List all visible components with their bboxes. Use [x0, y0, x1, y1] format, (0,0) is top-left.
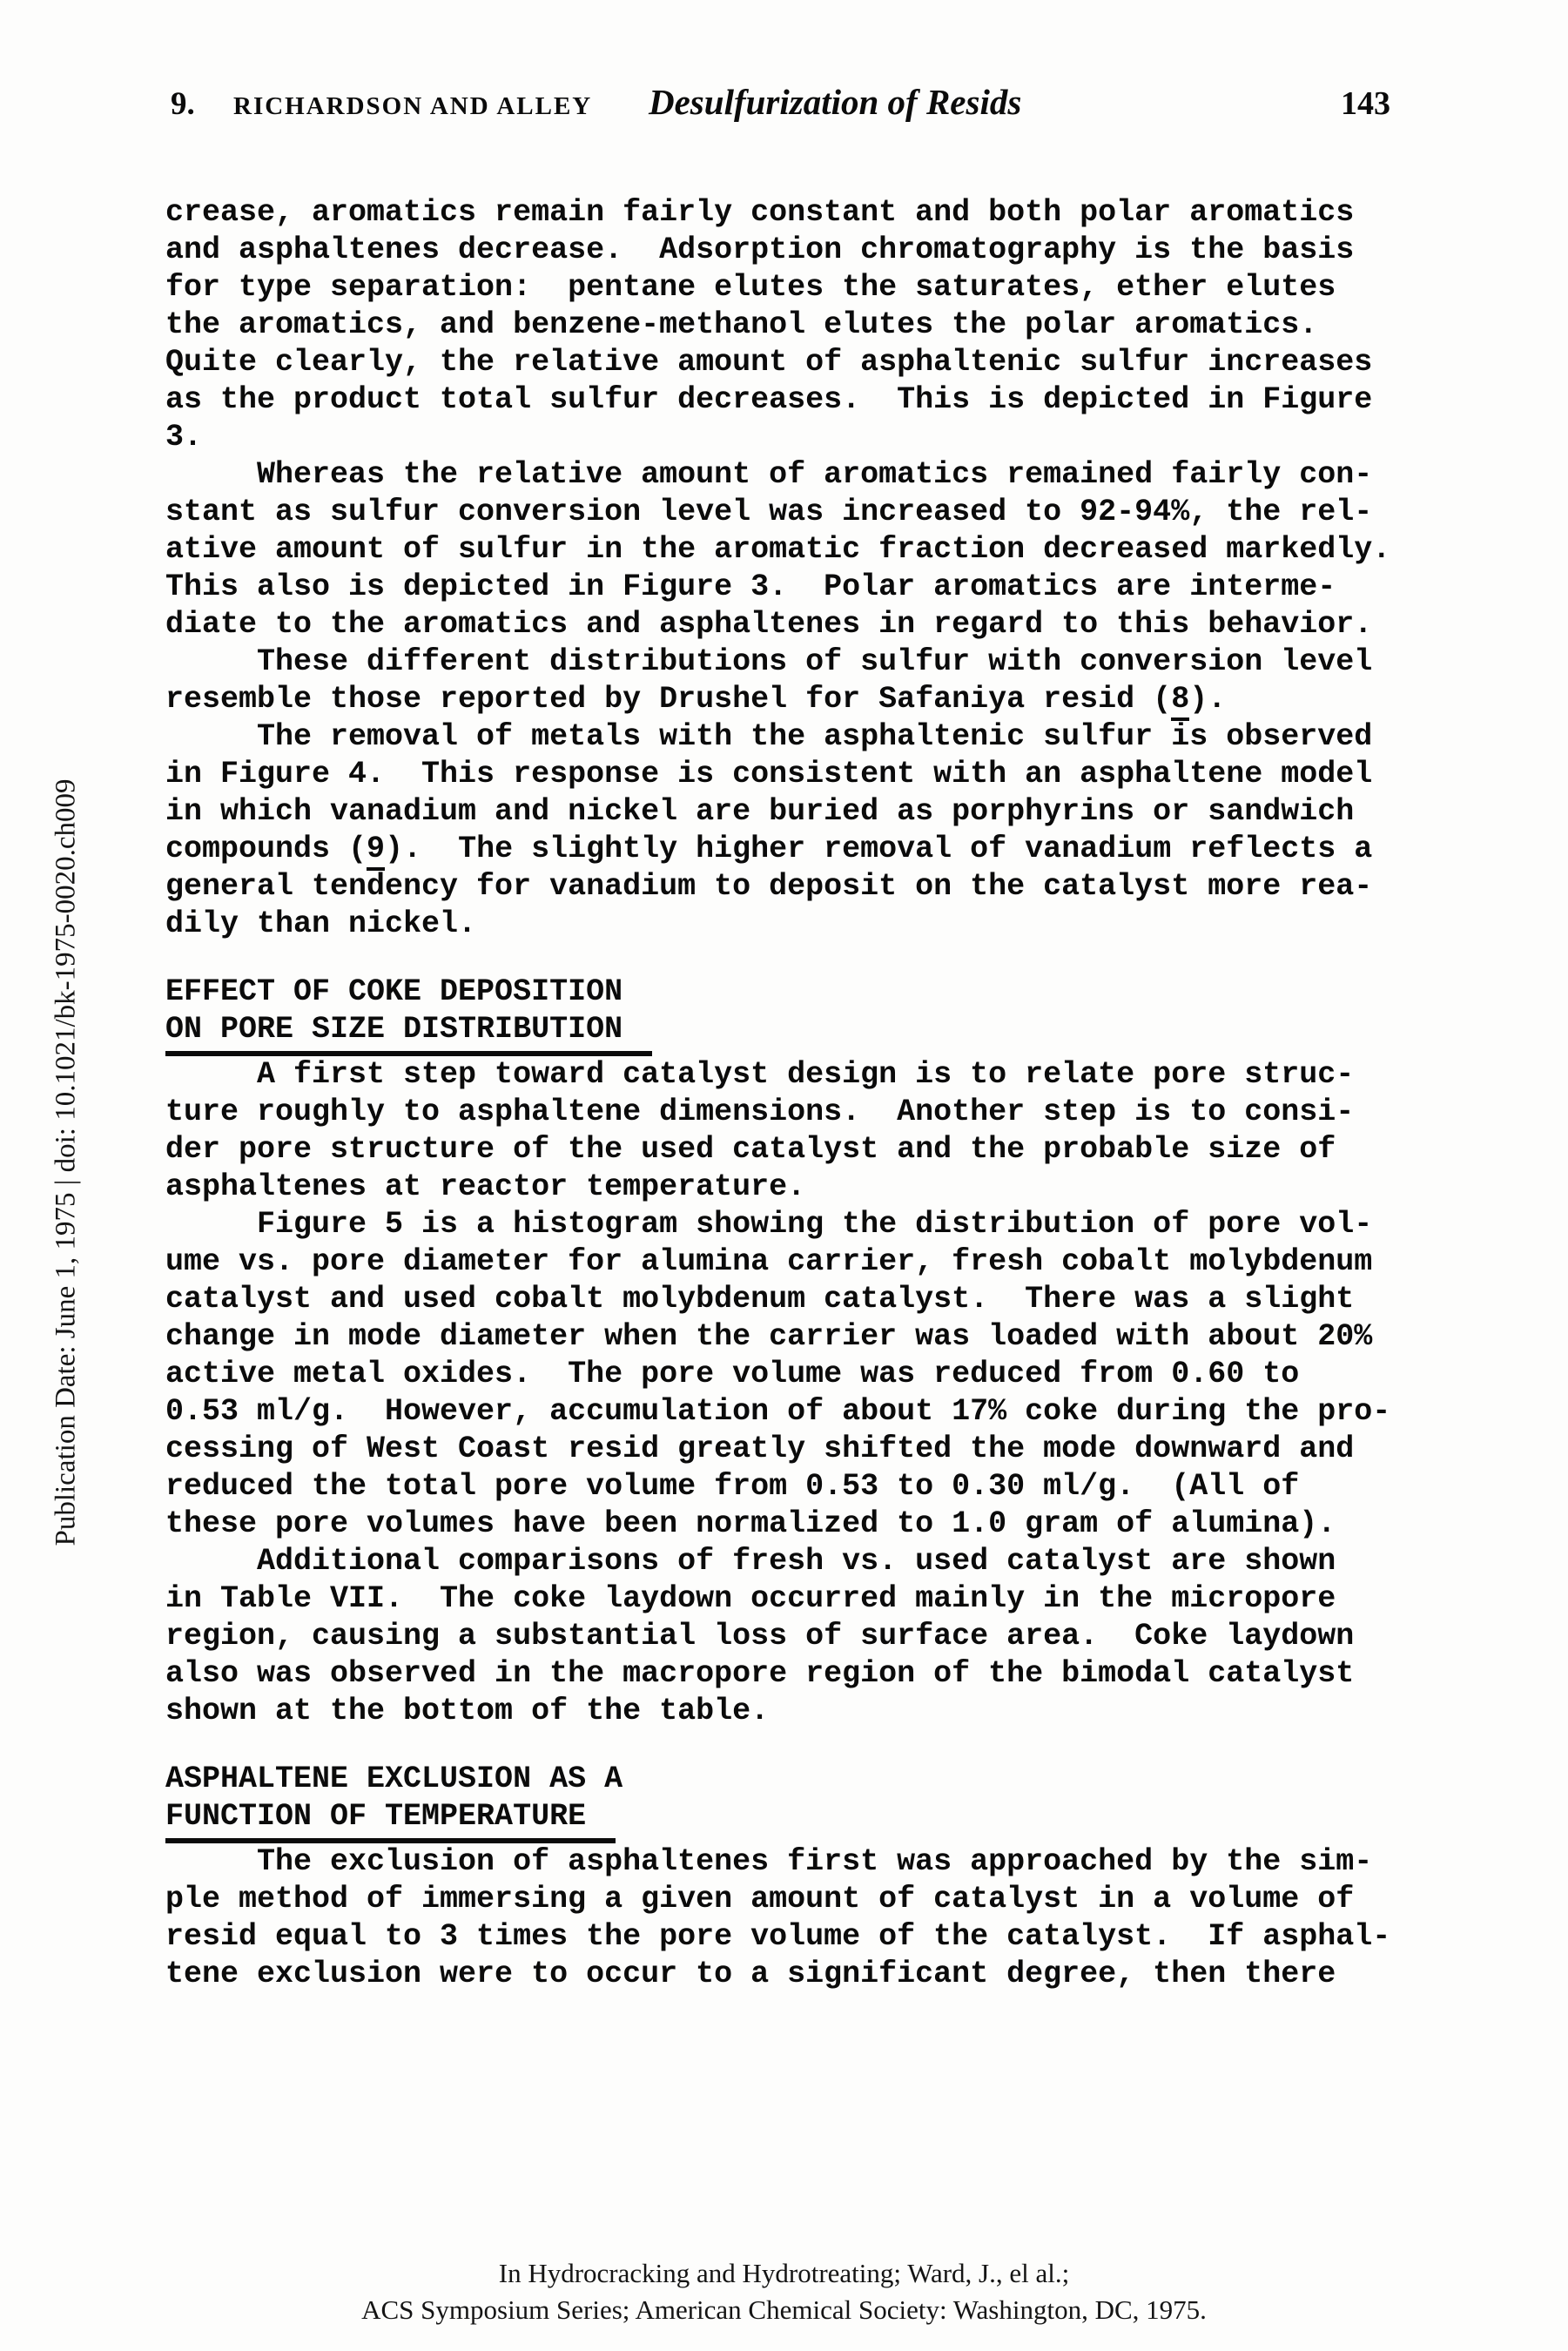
paragraph-5: A first step toward catalyst design is t… [165, 1056, 1524, 1206]
paragraph-8: The exclusion of asphaltenes first was a… [165, 1843, 1524, 1993]
reference-8: 8 [1171, 682, 1189, 721]
paragraph-4: The removal of metals with the asphalten… [165, 718, 1524, 943]
footer-citation-line-2: ACS Symposium Series; American Chemical … [0, 2292, 1568, 2328]
chapter-number: 9. [171, 85, 195, 123]
footer-citation-line-1: In Hydrocracking and Hydrotreating; Ward… [0, 2255, 1568, 2292]
paragraph-1: crease, aromatics remain fairly constant… [165, 194, 1524, 456]
running-head-title: Desulfurization of Resids [649, 81, 1021, 123]
body-text: crease, aromatics remain fairly constant… [165, 194, 1524, 1993]
section-heading-line-2: FUNCTION OF TEMPERATURE [165, 1798, 616, 1843]
paragraph-7: Additional comparisons of fresh vs. used… [165, 1543, 1524, 1730]
section-heading-line-1: ASPHALTENE EXCLUSION AS A [165, 1761, 1524, 1798]
reference-9: 9 [367, 832, 385, 871]
publication-doi-strip: Publication Date: June 1, 1975 | doi: 10… [50, 778, 83, 1546]
section-heading-asphaltene-exclusion: ASPHALTENE EXCLUSION AS A FUNCTION OF TE… [165, 1761, 1524, 1843]
footer-citation: In Hydrocracking and Hydrotreating; Ward… [0, 2255, 1568, 2328]
paragraph-6: Figure 5 is a histogram showing the dist… [165, 1206, 1524, 1543]
page-number: 143 [1341, 84, 1390, 123]
scanned-book-page: 9. RICHARDSON AND ALLEY Desulfurization … [0, 0, 1568, 2351]
paragraph-3: These different distributions of sulfur … [165, 643, 1524, 718]
section-heading-coke-deposition: EFFECT OF COKE DEPOSITION ON PORE SIZE D… [165, 973, 1524, 1056]
running-head-authors: RICHARDSON AND ALLEY [233, 92, 592, 121]
section-heading-line-1: EFFECT OF COKE DEPOSITION [165, 973, 1524, 1011]
section-heading-line-2: ON PORE SIZE DISTRIBUTION [165, 1011, 652, 1056]
paragraph-2: Whereas the relative amount of aromatics… [165, 456, 1524, 643]
paragraph-3-tail: ). [1189, 682, 1226, 717]
